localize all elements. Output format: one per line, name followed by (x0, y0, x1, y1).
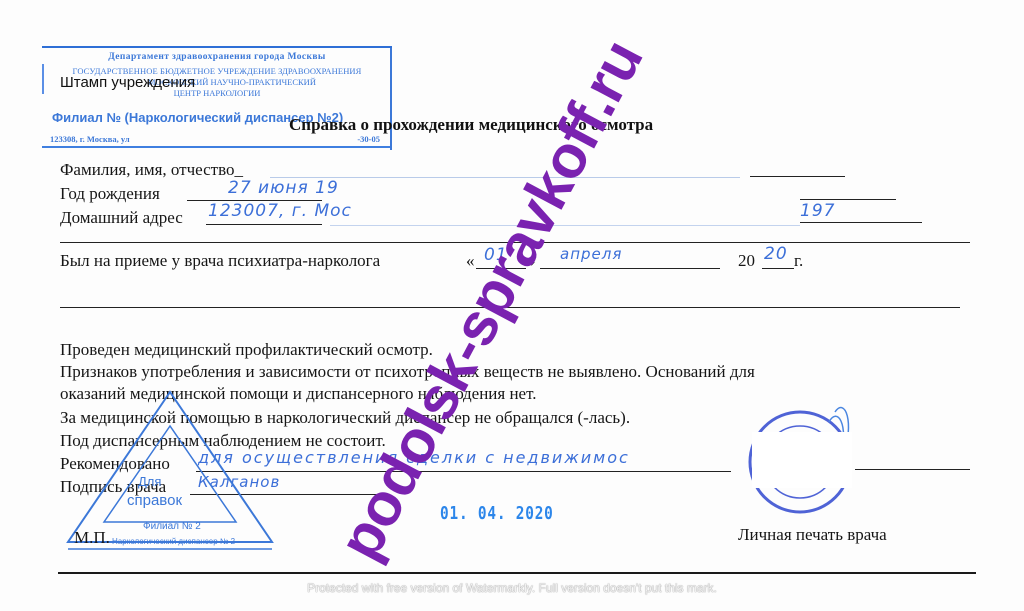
recommended-underline (855, 469, 970, 470)
full-name-underline (270, 177, 740, 178)
stamp-address: 123308, г. Москва, ул (50, 134, 130, 144)
stamp-department: Департамент здравоохранения города Москв… (42, 52, 392, 62)
address-label: Домашний адрес (60, 208, 183, 228)
triangle-stamp-text: Для (138, 474, 161, 489)
address-value: 123007, г. Мос (208, 201, 352, 221)
address-underline (800, 222, 922, 223)
medical-certificate-page: Департамент здравоохранения города Москв… (0, 0, 1024, 611)
address-suffix: 197 (800, 201, 835, 221)
triangle-stamp-branch: Филиал № 2 (143, 521, 201, 532)
personal-seal-label: Личная печать врача (738, 525, 887, 545)
visit-year-underline (762, 268, 794, 269)
date-stamp: 01. 04. 2020 (440, 503, 554, 524)
visit-month-underline (540, 268, 720, 269)
footer-rule (58, 572, 976, 574)
triangle-stamp-text: справок (127, 492, 182, 509)
redaction (752, 432, 852, 488)
address-underline (206, 224, 322, 225)
body-line: Признаков употребления и зависимости от … (60, 362, 755, 382)
visit-year: 20 (764, 244, 788, 264)
full-name-label: Фамилия, имя, отчество_ (60, 160, 243, 180)
stamp-label: Штамп учреждения (60, 74, 195, 91)
mp-label: М.П. (74, 528, 110, 548)
stamp-phone: -30-05 (357, 134, 380, 144)
visit-label: Был на приеме у врача психиатра-нарколог… (60, 251, 380, 271)
visit-year-prefix: 20 (738, 251, 755, 271)
body-line: Проведен медицинский профилактический ос… (60, 340, 433, 360)
birth-label: Год рождения (60, 184, 160, 204)
visit-month: апреля (560, 245, 622, 263)
triangle-stamp-bottom: Наркологический диспансер № 2 (112, 537, 235, 546)
full-name-underline (750, 176, 845, 177)
visit-year-suffix: г. (794, 251, 803, 271)
birth-value: 27 июня 19 (228, 178, 339, 198)
tool-watermark: Protected with free version of Watermark… (0, 581, 1024, 595)
birth-underline (800, 199, 896, 200)
